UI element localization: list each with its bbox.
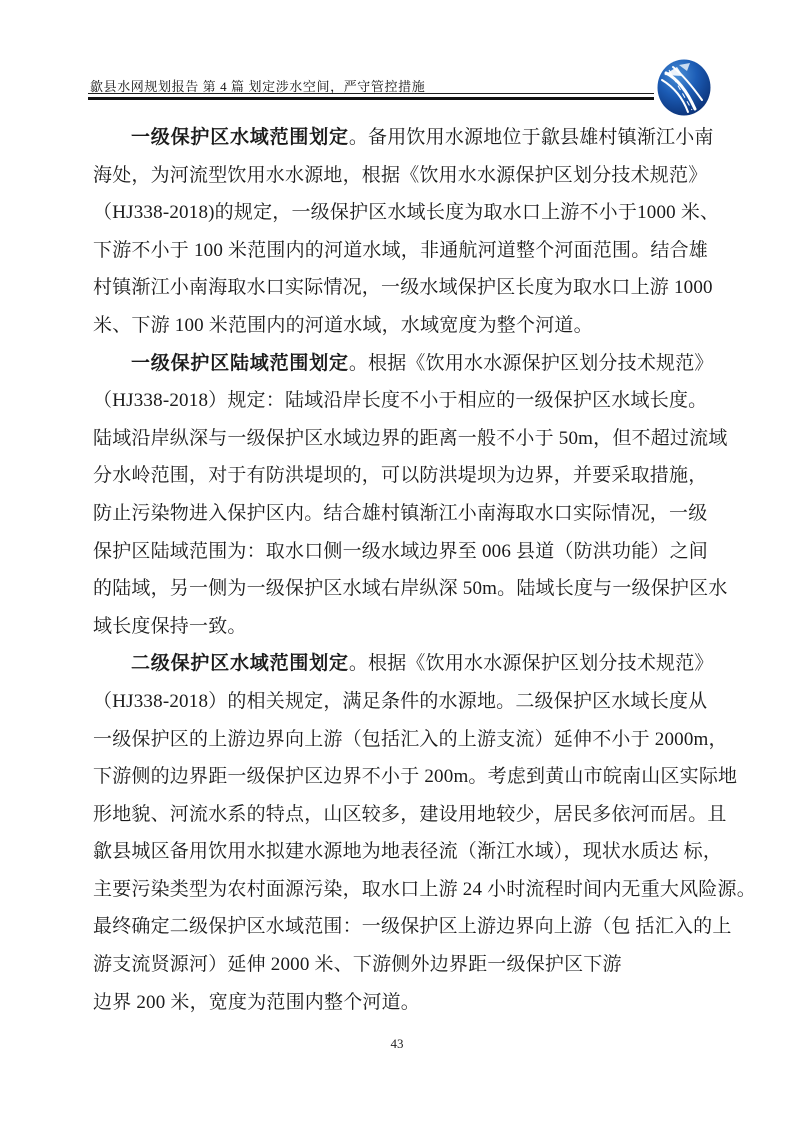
body-line: 米、下游 100 米范围内的河道水域，水域宽度为整个河道。 xyxy=(93,307,733,345)
body-line: 陆域沿岸纵深与一级保护区水域边界的距离一般不小于 50m，但不超过流域 xyxy=(93,420,733,458)
body-line: （HJ338-2018）规定：陆域沿岸长度不小于相应的一级保护区水域长度。 xyxy=(93,382,733,420)
body-line: 最终确定二级保护区水域范围：一级保护区上游边界向上游（包 括汇入的上 xyxy=(93,908,733,946)
document-page: 歙县水网规划报告 第 4 篇 划定涉水空间，严守管控措施 一级保护区水域范围划定… xyxy=(0,0,794,1122)
line-text: 根据《饮用水水源保护区划分技术规范》 xyxy=(368,653,714,674)
logo-svg xyxy=(657,59,711,116)
body-text: 一级保护区水域范围划定。备用饮用水源地位于歙县雄村镇渐江小南 海处，为河流型饮用… xyxy=(93,119,733,1021)
page-number: 43 xyxy=(0,1036,794,1052)
run-in-heading: 二级保护区水域范围划定 xyxy=(131,653,349,674)
body-line: 域长度保持一致。 xyxy=(93,608,733,646)
body-line: 下游不小于 100 米范围内的河道水域，非通航河道整个河面范围。结合雄 xyxy=(93,232,733,270)
line-text: 根据《饮用水水源保护区划分技术规范》 xyxy=(368,353,714,374)
body-line: （HJ338-2018）的相关规定，满足条件的水源地。二级保护区水域长度从 xyxy=(93,683,733,721)
line-text: 备用饮用水源地位于歙县雄村镇渐江小南 xyxy=(368,127,714,148)
body-line: 海处，为河流型饮用水水源地，根据《饮用水水源保护区划分技术规范》 xyxy=(93,157,733,195)
body-line: 一级保护区水域范围划定。备用饮用水源地位于歙县雄村镇渐江小南 xyxy=(93,119,733,157)
run-in-heading: 一级保护区水域范围划定 xyxy=(131,127,349,148)
header-rule xyxy=(88,93,654,100)
body-line: 主要污染类型为农村面源污染，取水口上游 24 小时流程时间内无重大风险源。 xyxy=(93,871,733,909)
body-line: 边界 200 米，宽度为范围内整个河道。 xyxy=(93,984,733,1022)
body-line: 一级保护区陆域范围划定。根据《饮用水水源保护区划分技术规范》 xyxy=(93,345,733,383)
body-line: 形地貌、河流水系的特点，山区较多，建设用地较少，居民多依河而居。且 xyxy=(93,796,733,834)
body-line: 二级保护区水域范围划定。根据《饮用水水源保护区划分技术规范》 xyxy=(93,645,733,683)
paragraph-1: 一级保护区水域范围划定。备用饮用水源地位于歙县雄村镇渐江小南 海处，为河流型饮用… xyxy=(93,119,733,345)
body-line: （HJ338-2018)的规定，一级保护区水域长度为取水口上游不小于1000 米… xyxy=(93,194,733,232)
run-in-heading: 一级保护区陆域范围划定 xyxy=(131,353,349,374)
heading-separator: 。 xyxy=(349,127,368,148)
body-line: 歙县城区备用饮用水拟建水源地为地表径流（渐江水域），现状水质达 标， xyxy=(93,833,733,871)
body-line: 村镇渐江小南海取水口实际情况，一级水域保护区长度为取水口上游 1000 xyxy=(93,269,733,307)
body-line: 一级保护区的上游边界向上游（包括汇入的上游支流）延伸不小于 2000m， xyxy=(93,721,733,759)
paragraph-2: 一级保护区陆域范围划定。根据《饮用水水源保护区划分技术规范》 （HJ338-20… xyxy=(93,345,733,646)
heading-separator: 。 xyxy=(349,653,368,674)
paragraph-3: 二级保护区水域范围划定。根据《饮用水水源保护区划分技术规范》 （HJ338-20… xyxy=(93,645,733,1021)
body-line: 分水岭范围，对于有防洪堤坝的，可以防洪堤坝为边界，并要采取措施， xyxy=(93,457,733,495)
heading-separator: 。 xyxy=(349,353,368,374)
body-line: 防止污染物进入保护区内。结合雄村镇渐江小南海取水口实际情况，一级 xyxy=(93,495,733,533)
body-line: 游支流贤源河）延伸 2000 米、下游侧外边界距一级保护区下游 xyxy=(93,946,733,984)
body-line: 下游侧的边界距一级保护区边界不小于 200m。考虑到黄山市皖南山区实际地 xyxy=(93,758,733,796)
body-line: 保护区陆域范围为：取水口侧一级水域边界至 006 县道（防洪功能）之间 xyxy=(93,533,733,571)
blue-globe-road-logo-icon xyxy=(657,59,711,116)
body-line: 的陆域，另一侧为一级保护区水域右岸纵深 50m。陆域长度与一级保护区水 xyxy=(93,570,733,608)
